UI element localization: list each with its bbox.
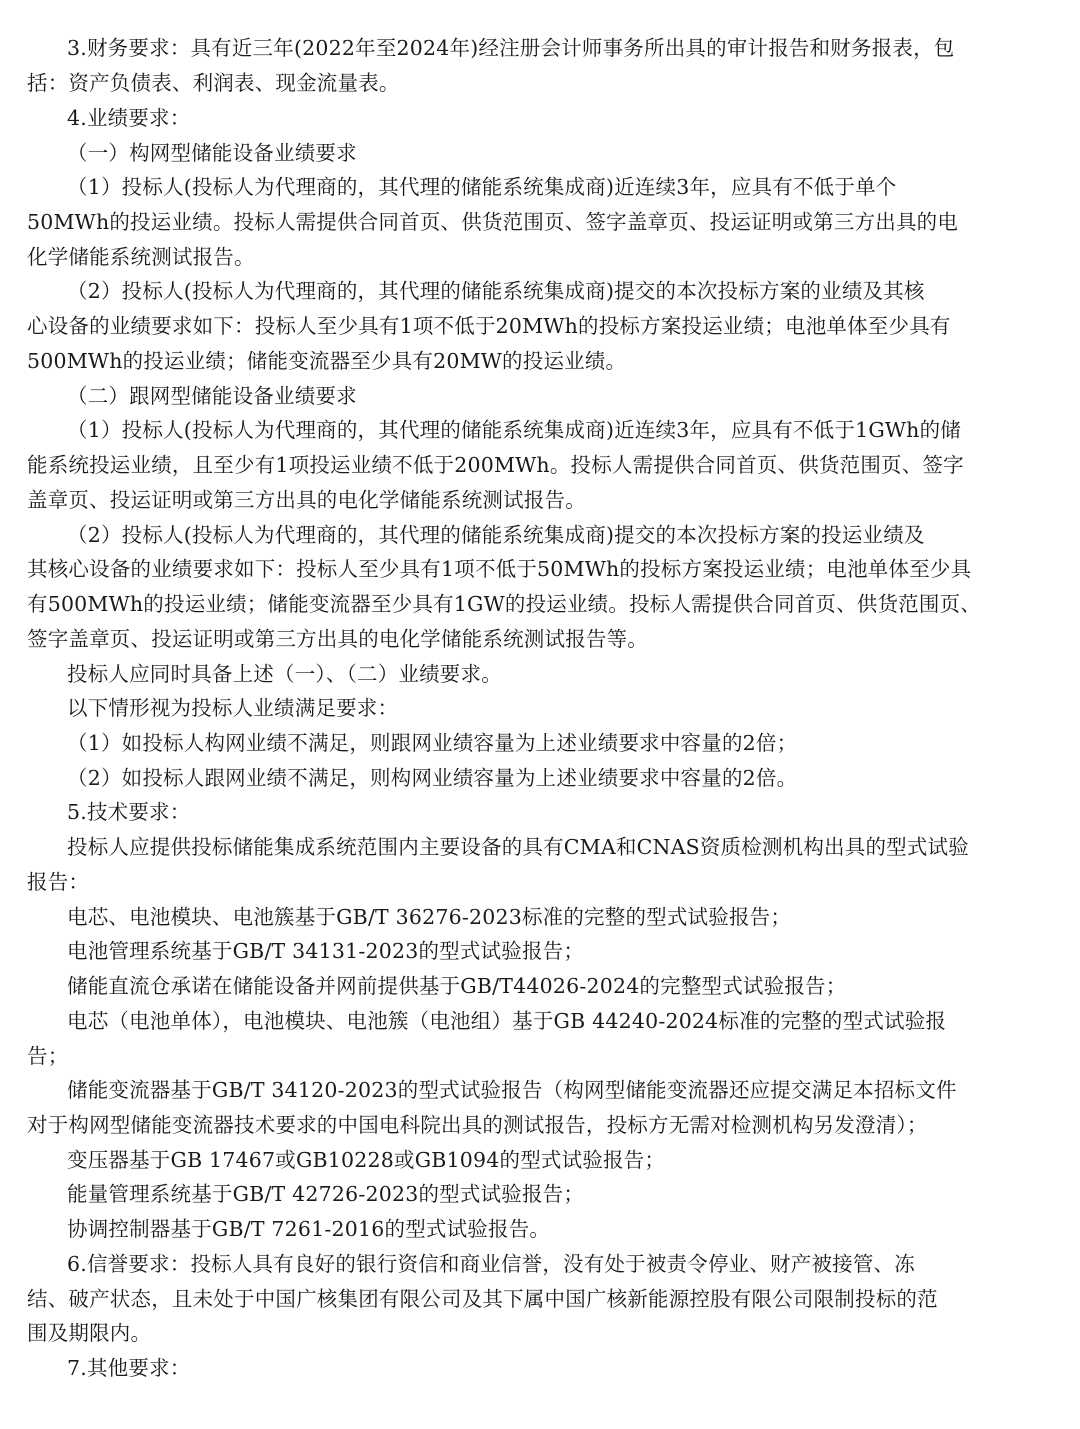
- grid-forming-heading: （一）构网型储能设备业绩要求: [67, 136, 1060, 170]
- grid-forming-1-line-3: 化学储能系统测试报告。: [27, 240, 1060, 274]
- tech-cell-gb-line-2: 告；: [27, 1039, 1060, 1073]
- grid-following-2-line-2: 其核心设备的业绩要求如下：投标人至少具有1项不低于50MWh的投标方案投运业绩；…: [27, 552, 1060, 586]
- grid-forming-2-line-3: 500MWh的投运业绩；储能变流器至少具有20MW的投运业绩。: [27, 344, 1060, 378]
- finance-line-1: 3.财务要求：具有近三年(2022年至2024年)经注册会计师事务所出具的审计报…: [67, 31, 1060, 65]
- credit-line-3: 围及期限内。: [27, 1316, 1060, 1350]
- tech-ems: 能量管理系统基于GB/T 42726-2023的型式试验报告；: [67, 1177, 1060, 1211]
- technical-intro-line-2: 报告：: [27, 865, 1060, 899]
- tech-pcs-line-1: 储能变流器基于GB/T 34120-2023的型式试验报告（构网型储能变流器还应…: [67, 1073, 1060, 1107]
- credit-line-2: 结、破产状态，且未处于中国广核集团有限公司及其下属中国广核新能源控股有限公司限制…: [27, 1282, 1060, 1316]
- grid-following-2-line-1: （2）投标人(投标人为代理商的，其代理的储能系统集成商)提交的本次投标方案的投运…: [67, 518, 1060, 552]
- grid-following-1-line-1: （1）投标人(投标人为代理商的，其代理的储能系统集成商)近连续3年，应具有不低于…: [67, 413, 1060, 447]
- technical-intro-line-1: 投标人应提供投标储能集成系统范围内主要设备的具有CMA和CNAS资质检测机构出具…: [67, 830, 1060, 864]
- other-heading: 7.其他要求：: [67, 1351, 1060, 1385]
- finance-line-2: 括：资产负债表、利润表、现金流量表。: [27, 66, 1060, 100]
- grid-forming-1-line-1: （1）投标人(投标人为代理商的，其代理的储能系统集成商)近连续3年，应具有不低于…: [67, 170, 1060, 204]
- grid-following-heading: （二）跟网型储能设备业绩要求: [67, 379, 1060, 413]
- performance-heading: 4.业绩要求：: [67, 101, 1060, 135]
- tech-transformer: 变压器基于GB 17467或GB10228或GB1094的型式试验报告；: [67, 1143, 1060, 1177]
- credit-line-1: 6.信誉要求：投标人具有良好的银行资信和商业信誉，没有处于被责令停业、财产被接管…: [67, 1247, 1060, 1281]
- tech-bms: 电池管理系统基于GB/T 34131-2023的型式试验报告；: [67, 934, 1060, 968]
- grid-following-1-line-2: 能系统投运业绩，且至少有1项投运业绩不低于200MWh。投标人需提供合同首页、供…: [27, 448, 1060, 482]
- condition-2: （2）如投标人跟网业绩不满足，则构网业绩容量为上述业绩要求中容量的2倍。: [67, 761, 1060, 795]
- tech-coordinator: 协调控制器基于GB/T 7261-2016的型式试验报告。: [67, 1212, 1060, 1246]
- document-page: 3.财务要求：具有近三年(2022年至2024年)经注册会计师事务所出具的审计报…: [0, 0, 1080, 1429]
- both-required: 投标人应同时具备上述（一）、（二）业绩要求。: [67, 657, 1060, 691]
- grid-following-2-line-4: 签字盖章页、投运证明或第三方出具的电化学储能系统测试报告等。: [27, 622, 1060, 656]
- condition-1: （1）如投标人构网业绩不满足，则跟网业绩容量为上述业绩要求中容量的2倍；: [67, 726, 1060, 760]
- tech-cell-gb-line-1: 电芯（电池单体），电池模块、电池簇（电池组）基于GB 44240-2024标准的…: [67, 1004, 1060, 1038]
- grid-forming-2-line-1: （2）投标人(投标人为代理商的，其代理的储能系统集成商)提交的本次投标方案的业绩…: [67, 274, 1060, 308]
- conditions-intro: 以下情形视为投标人业绩满足要求：: [67, 691, 1060, 725]
- grid-following-2-line-3: 有500MWh的投运业绩；储能变流器至少具有1GW的投运业绩。投标人需提供合同首…: [27, 587, 1060, 621]
- technical-heading: 5.技术要求：: [67, 795, 1060, 829]
- tech-dc-cabin: 储能直流仓承诺在储能设备并网前提供基于GB/T44026-2024的完整型式试验…: [67, 969, 1060, 1003]
- tech-cell: 电芯、电池模块、电池簇基于GB/T 36276-2023标准的完整的型式试验报告…: [67, 900, 1060, 934]
- grid-forming-2-line-2: 心设备的业绩要求如下：投标人至少具有1项不低于20MWh的投标方案投运业绩；电池…: [27, 309, 1060, 343]
- grid-following-1-line-3: 盖章页、投运证明或第三方出具的电化学储能系统测试报告。: [27, 483, 1060, 517]
- grid-forming-1-line-2: 50MWh的投运业绩。投标人需提供合同首页、供货范围页、签字盖章页、投运证明或第…: [27, 205, 1060, 239]
- tech-pcs-line-2: 对于构网型储能变流器技术要求的中国电科院出具的测试报告，投标方无需对检测机构另发…: [27, 1108, 1060, 1142]
